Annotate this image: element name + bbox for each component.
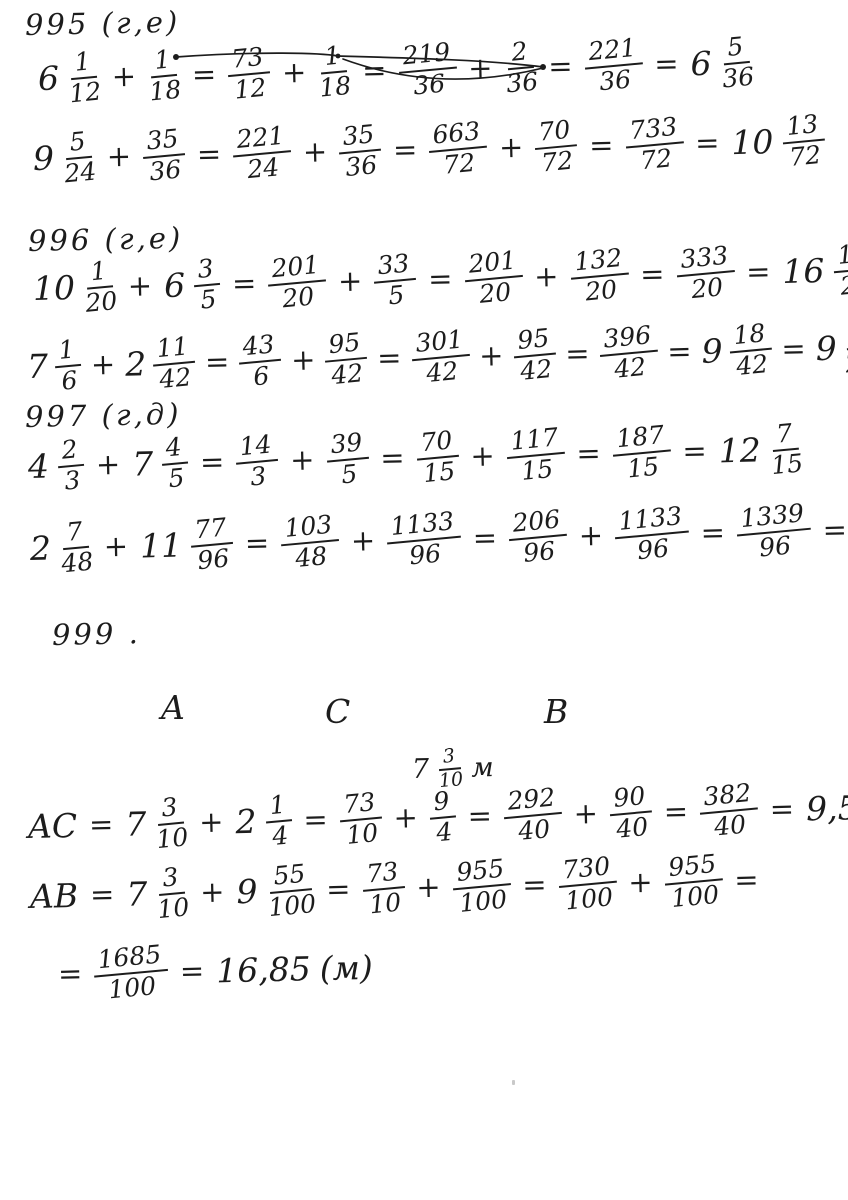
fraction-denominator: 20	[690, 273, 724, 302]
fraction-denominator: 36	[148, 155, 182, 184]
fraction-numerator: 73	[337, 789, 381, 822]
scanned-notebook-page: 995 (г,е) 6112+118=7312+118=21936+236=22…	[0, 0, 848, 1200]
fraction: 7015	[414, 427, 461, 487]
operator: =	[180, 954, 205, 989]
fraction-denominator: 5	[340, 460, 358, 488]
fraction: 20120	[266, 251, 329, 312]
fraction-denominator: 5	[199, 285, 217, 313]
fraction-numerator: 70	[414, 427, 458, 460]
fraction-numerator: 73	[360, 858, 404, 891]
fraction: 30142	[409, 326, 472, 387]
fraction-denominator: 4	[435, 817, 453, 845]
fraction: 10348	[279, 511, 342, 572]
operator: =	[667, 334, 692, 369]
operator: +	[291, 342, 316, 377]
point-a-dot	[173, 54, 179, 60]
fraction: 16	[52, 336, 83, 394]
fraction-denominator: 42	[158, 363, 192, 392]
operator: +	[303, 134, 328, 169]
fraction: 113396	[385, 508, 463, 571]
fraction-numerator: 201	[266, 251, 326, 286]
number-token: 9	[33, 138, 55, 177]
problem-996-header: 996 (г,е)	[28, 221, 184, 258]
operator: +	[199, 805, 224, 840]
fraction-denominator: 100	[458, 885, 508, 916]
fraction-denominator: 20	[84, 287, 118, 316]
number-token: 16	[782, 251, 825, 291]
equation-996-line2: 716+21142=436+9542=30142+9542=39642=9184…	[26, 319, 848, 394]
number-token: 2	[30, 528, 52, 567]
fraction-denominator: 10	[157, 893, 191, 922]
fraction-denominator: 42	[519, 355, 553, 384]
fraction-denominator: 10	[345, 818, 379, 847]
fraction-denominator: 4	[271, 821, 289, 849]
point-c-label: C	[325, 692, 350, 731]
fraction: 113396	[613, 503, 691, 566]
fraction-numerator: 95	[323, 329, 367, 362]
operator: =	[640, 257, 665, 292]
fraction-numerator: 77	[189, 514, 233, 547]
fraction: 39642	[597, 322, 660, 383]
number-token: 9,55	[806, 787, 848, 828]
fraction-numerator: 1339	[735, 500, 811, 536]
point-b-dot	[540, 64, 546, 70]
operator: =	[380, 440, 405, 475]
fraction: 45	[160, 434, 191, 492]
number-token: 12	[718, 430, 761, 470]
operator: =	[58, 956, 83, 991]
fraction: 1842	[727, 320, 774, 380]
number-token: 9	[701, 331, 723, 370]
fraction-denominator: 100	[564, 883, 614, 914]
fraction-numerator: 396	[597, 322, 657, 357]
fraction-numerator: 39	[324, 429, 368, 462]
fraction-denominator: 5	[387, 281, 405, 309]
fraction-denominator: 72	[788, 141, 822, 170]
fraction-denominator: 72	[442, 148, 476, 177]
fraction-denominator: 24	[63, 157, 97, 186]
fraction-numerator: 55	[267, 860, 311, 893]
operator: =	[232, 266, 257, 301]
fraction: 715	[767, 419, 804, 478]
fraction-denominator: 96	[522, 536, 556, 565]
operator: =	[244, 526, 269, 561]
operator: +	[351, 523, 376, 558]
operator: +	[499, 130, 524, 165]
fraction: 29240	[502, 784, 565, 845]
fraction-denominator: 48	[60, 547, 94, 576]
fraction-denominator: 96	[636, 534, 670, 563]
fraction-denominator: 15	[520, 455, 554, 484]
operator: =	[467, 798, 492, 833]
fraction-numerator: 1133	[613, 503, 689, 539]
fraction-numerator: 43	[237, 331, 281, 364]
number-token: 11	[140, 525, 183, 565]
operator: +	[103, 529, 128, 564]
number-token: 9	[815, 328, 837, 367]
fraction: 13220	[568, 245, 631, 306]
fraction-numerator: 292	[502, 784, 562, 819]
fraction: 730100	[556, 853, 619, 914]
number-token: 7	[132, 444, 154, 483]
point-b-label: B	[544, 692, 568, 731]
operator: =	[746, 254, 771, 289]
fraction-denominator: 15	[422, 457, 456, 486]
fraction: 395	[324, 429, 371, 489]
operator: =	[326, 872, 351, 907]
fraction-numerator: 1	[263, 791, 292, 823]
fraction-numerator: 1133	[385, 508, 461, 544]
fraction-numerator: 90	[607, 783, 651, 816]
fraction: 94	[427, 788, 458, 846]
fraction: 1142	[151, 333, 198, 393]
operator: +	[127, 268, 152, 303]
fraction: 143	[234, 431, 281, 491]
fraction: 748	[57, 518, 94, 577]
fraction-numerator: 7	[770, 420, 799, 452]
operator: +	[96, 447, 121, 482]
fraction-numerator: 201	[462, 247, 522, 282]
operator: +	[578, 518, 603, 553]
fraction: 7310	[337, 789, 384, 849]
equation-999-ac: AC=7310+214=7310+94=29240+9040=38240=9,5…	[27, 779, 848, 854]
fraction-denominator: 100	[107, 972, 157, 1003]
fraction-denominator: 3	[63, 466, 81, 494]
operator: =	[769, 792, 794, 827]
fraction-numerator: 333	[674, 242, 734, 277]
equation-997-line2: 2748+117796=10348+113396=20696+113396=13…	[29, 499, 848, 576]
operator: +	[479, 338, 504, 373]
fraction-denominator: 42	[735, 350, 769, 379]
fraction-numerator: 9	[844, 318, 848, 350]
fraction: 1320	[831, 240, 848, 300]
fraction-numerator: 1	[52, 336, 81, 368]
operator: +	[338, 264, 363, 299]
fraction-numerator: 132	[568, 245, 628, 280]
operator: +	[290, 443, 315, 478]
number-token: м	[471, 753, 494, 785]
operator: +	[393, 800, 418, 835]
fraction: 55100	[264, 860, 317, 920]
number-token: AC	[28, 805, 78, 845]
fraction: 20120	[462, 247, 525, 308]
fraction-numerator: 33	[372, 250, 416, 283]
fraction: 310	[436, 746, 464, 792]
fraction-denominator: 6	[60, 366, 78, 394]
fraction-denominator: 20	[281, 282, 315, 311]
fraction: 38240	[698, 780, 761, 841]
fraction-denominator: 15	[626, 452, 660, 481]
fraction: 7796	[189, 514, 236, 574]
problem-997-header: 997 (г,д)	[25, 397, 182, 434]
fraction: 921	[841, 318, 848, 377]
number-token: 2	[235, 801, 257, 840]
problem-999-header: 999 .	[52, 616, 141, 652]
scan-speck	[512, 1080, 515, 1085]
number-token: AB	[30, 875, 79, 915]
fraction-denominator: 42	[425, 357, 459, 386]
fraction-denominator: 24	[246, 153, 280, 182]
number-token: 6	[164, 265, 186, 304]
fraction: 33320	[674, 242, 737, 303]
fraction: 436	[237, 331, 284, 391]
fraction-denominator: 96	[196, 544, 230, 573]
fraction: 20696	[507, 506, 570, 567]
fraction-numerator: 117	[504, 424, 564, 459]
fraction: 9542	[511, 325, 558, 385]
fraction: 1685100	[92, 941, 170, 1004]
operator: =	[734, 862, 759, 897]
fraction-denominator: 100	[267, 889, 317, 920]
fraction-numerator: 382	[698, 780, 758, 815]
number-token: (м)	[319, 947, 373, 987]
operator: =	[303, 802, 328, 837]
fraction-denominator: 10	[368, 888, 402, 917]
fraction-denominator: 6	[252, 361, 270, 389]
number-token: 16,85	[216, 949, 311, 990]
fraction: 7310	[360, 858, 407, 918]
fraction-denominator: 5	[167, 463, 185, 491]
fraction: 335	[372, 250, 419, 310]
operator: =	[428, 261, 453, 296]
equation-999-ab: AB=7310+955100=7310+955100=730100+955100…	[29, 851, 762, 924]
operator: =	[682, 434, 707, 469]
operator: =	[565, 336, 590, 371]
operator: =	[393, 132, 418, 167]
equation-999-result: =1685100=16,85(м)	[54, 939, 373, 1002]
segment-diagram	[0, 0, 848, 135]
fraction: 955100	[450, 855, 513, 916]
operator: +	[534, 259, 559, 294]
fraction-denominator: 10	[156, 823, 190, 852]
number-token: 10	[33, 268, 76, 308]
number-token: 4	[28, 446, 50, 485]
fraction-denominator: 20	[839, 269, 848, 298]
operator: =	[377, 341, 402, 376]
operator: +	[200, 875, 225, 910]
operator: +	[91, 347, 116, 382]
segment-length-label: 7310м	[412, 746, 495, 792]
fraction: 18715	[610, 422, 673, 483]
number-token: 9	[236, 871, 258, 910]
fraction-numerator: 18	[727, 320, 771, 353]
fraction-numerator: 14	[234, 431, 278, 464]
fraction-denominator: 40	[615, 812, 649, 841]
fraction-denominator: 20	[584, 275, 618, 304]
fraction-denominator: 42	[613, 352, 647, 381]
operator: =	[700, 515, 725, 550]
fraction-numerator: 2	[55, 436, 84, 468]
operator: +	[470, 438, 495, 473]
fraction: 120	[81, 257, 118, 316]
point-a-label: A	[161, 688, 185, 727]
operator: =	[90, 877, 115, 912]
fraction-numerator: 103	[279, 511, 339, 546]
fraction-numerator: 9	[427, 788, 456, 820]
operator: +	[628, 865, 653, 900]
number-token: 7	[27, 346, 49, 385]
segment-arc-c-b	[343, 59, 543, 79]
operator: +	[416, 870, 441, 905]
fraction-denominator: 96	[408, 539, 442, 568]
fraction-denominator: 42	[331, 359, 365, 388]
fraction-numerator: 3	[156, 794, 185, 826]
fraction: 133996	[735, 500, 813, 563]
fraction-numerator: 4	[160, 434, 189, 466]
fraction-denominator: 72	[639, 144, 673, 173]
fraction-numerator: 13	[831, 240, 848, 273]
fraction-denominator: 36	[344, 151, 378, 180]
fraction-denominator: 15	[770, 449, 804, 478]
operator: =	[89, 807, 114, 842]
fraction-denominator: 40	[713, 810, 747, 839]
fraction: 310	[154, 863, 191, 922]
operator: +	[106, 139, 131, 174]
fraction: 524	[60, 128, 97, 187]
fraction: 955100	[662, 850, 725, 911]
number-token: 7	[412, 754, 430, 785]
operator: =	[781, 331, 806, 366]
fraction-numerator: 3	[157, 864, 186, 896]
fraction-denominator: 96	[758, 531, 792, 560]
operator: =	[576, 436, 601, 471]
fraction-numerator: 1685	[92, 941, 168, 977]
operator: =	[205, 344, 230, 379]
number-token: 7	[126, 874, 148, 913]
fraction-denominator: 3	[250, 462, 268, 490]
fraction-numerator: 7	[60, 518, 89, 550]
fraction: 11715	[504, 424, 567, 485]
operator: =	[663, 794, 688, 829]
fraction-numerator: 206	[507, 506, 567, 541]
fraction-denominator: 40	[517, 815, 551, 844]
fraction-numerator: 95	[511, 325, 555, 358]
fraction: 14	[263, 791, 294, 849]
fraction-numerator: 1	[84, 257, 113, 289]
operator: =	[472, 520, 497, 555]
fraction: 310	[153, 793, 190, 852]
point-c-dot	[336, 54, 341, 59]
number-token: 2	[125, 344, 147, 383]
fraction: 23	[55, 436, 86, 494]
fraction-numerator: 187	[610, 422, 670, 457]
fraction-numerator: 3	[192, 255, 221, 287]
fraction-denominator: 48	[294, 542, 328, 571]
fraction-denominator: 21	[844, 347, 848, 376]
operator: =	[822, 512, 847, 547]
fraction: 35	[192, 255, 223, 313]
operator: =	[522, 867, 547, 902]
operator: =	[200, 445, 225, 480]
operator: +	[573, 796, 598, 831]
number-token: 7	[125, 804, 147, 843]
operator: =	[197, 137, 222, 172]
fraction-denominator: 20	[478, 278, 512, 307]
fraction-numerator: 301	[409, 326, 469, 361]
fraction-numerator: 11	[151, 333, 195, 366]
fraction: 9040	[607, 783, 654, 843]
fraction-denominator: 72	[541, 146, 575, 175]
fraction-denominator: 100	[670, 880, 720, 911]
fraction: 9542	[323, 329, 370, 389]
